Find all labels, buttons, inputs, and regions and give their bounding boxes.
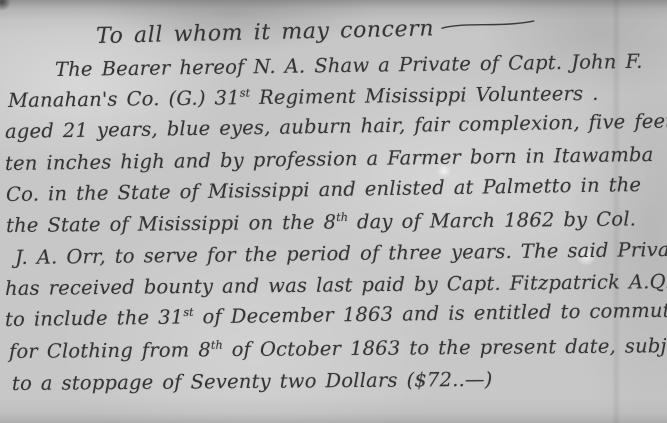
document-scan: To all whom it may concern The Bearer he… [0,0,667,423]
line-text: the State of Misissippi on the 8 [6,211,336,237]
doc-line-9: to include the 31st of December 1863 and… [5,298,667,331]
ordinal-superscript: th [211,339,223,352]
line-text: to a stoppage of Seventy two Dollars ($7… [12,368,493,395]
line-text: Co. in the State of Misissippi and enlis… [6,173,642,206]
line-text: of December 1863 and is entitled to comm… [194,298,667,328]
doc-line-2: Manahan's Co. (G.) 31st Regiment Misissi… [8,82,599,112]
ordinal-superscript: st [240,87,251,100]
line-text: of October 1863 to the present date, sub… [223,334,667,361]
doc-line-5: Co. in the State of Misissippi and enlis… [6,173,642,206]
title-text: To all whom it may concern [96,16,435,49]
scanned-page-body: { "document": { "kind": "scanned handwri… [0,0,667,423]
doc-line-11: to a stoppage of Seventy two Dollars ($7… [12,368,493,395]
doc-line-3: aged 21 years, blue eyes, auburn hair, f… [5,110,667,143]
ordinal-superscript: th [336,211,348,224]
document-title: To all whom it may concern [96,10,537,49]
line-text: day of March 1862 by Col. [348,207,636,233]
doc-line-1: The Bearer hereof N. A. Shaw a Private o… [55,50,643,81]
line-text: J. A. Orr, to serve for the period of th… [15,238,667,269]
line-text: The Bearer hereof N. A. Shaw a Private o… [55,50,643,81]
doc-line-4: ten inches high and by profession a Farm… [5,143,654,175]
line-text: for Clothing from 8 [9,338,211,363]
line-text: has received bounty and was last paid by… [5,270,667,300]
doc-line-8: has received bounty and was last paid by… [5,270,667,300]
line-text: aged 21 years, blue eyes, auburn hair, f… [5,110,667,143]
line-text: Regiment Misissippi Volunteers . [250,82,599,109]
line-text: Manahan's Co. (G.) 31 [8,86,240,112]
ordinal-superscript: st [183,306,194,319]
flourish-stroke-icon [440,10,537,37]
doc-line-6: the State of Misissippi on the 8th day o… [6,207,636,237]
doc-line-7: J. A. Orr, to serve for the period of th… [15,238,667,269]
line-text: to include the 31 [5,306,184,331]
line-text: ten inches high and by profession a Farm… [5,143,654,175]
doc-line-10: for Clothing from 8th of October 1863 to… [9,334,667,363]
